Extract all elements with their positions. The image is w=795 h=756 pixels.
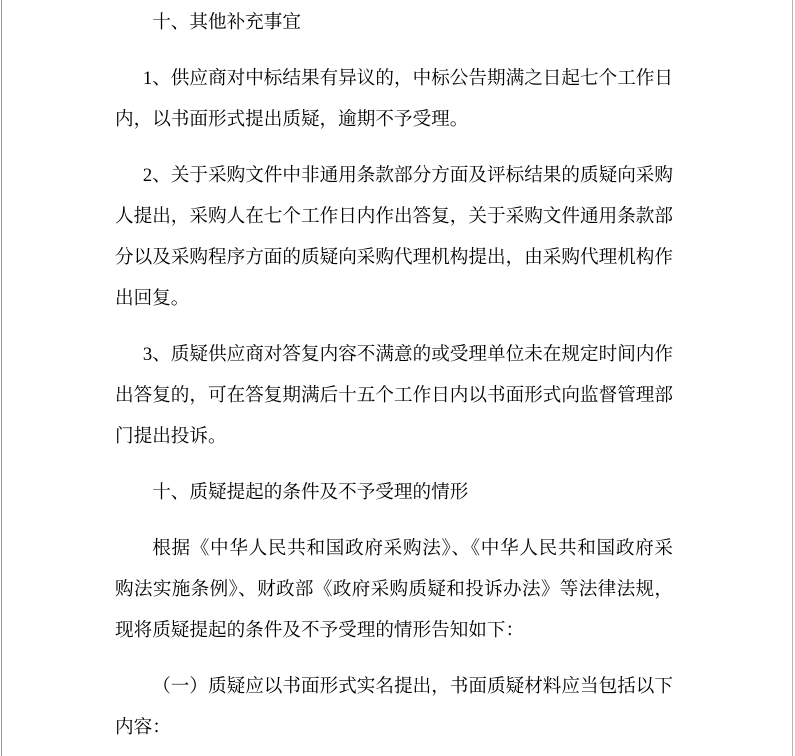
page-edge-left: [1, 0, 2, 756]
text-line: 根据《中华人民共和国政府采购法》、《中华人民共和国政府采: [115, 528, 673, 569]
document-body: 十、其他补充事宜1、供应商对中标结果有异议的，中标公告期满之日起七个工作日内，以…: [115, 2, 673, 756]
page-edge-right: [792, 0, 793, 756]
text-line: 2、关于采购文件中非通用条款部分方面及评标结果的质疑向采购: [115, 155, 673, 196]
text-line: 现将质疑提起的条件及不予受理的情形告知如下：: [115, 610, 673, 651]
paragraph-legal-basis: 根据《中华人民共和国政府采购法》、《中华人民共和国政府采购法实施条例》、财政部《…: [115, 528, 673, 651]
text-line: 人提出，采购人在七个工作日内作出答复，关于采购文件通用条款部: [115, 196, 673, 237]
paragraph-item-one: （一）质疑应以书面形式实名提出，书面质疑材料应当包括以下内容：: [115, 666, 673, 748]
text-line: 1、供应商对中标结果有异议的，中标公告期满之日起七个工作日: [115, 58, 673, 99]
paragraph-3: 3、质疑供应商对答复内容不满意的或受理单位未在规定时间内作出答复的，可在答复期满…: [115, 334, 673, 457]
section-heading-challenge-conditions: 十、质疑提起的条件及不予受理的情形: [115, 472, 673, 513]
text-line: 购法实施条例》、财政部《政府采购质疑和投诉办法》等法律法规，: [115, 569, 673, 610]
text-line: 门提出投诉。: [115, 416, 673, 457]
text-line: 十、其他补充事宜: [115, 2, 673, 43]
text-line: 十、质疑提起的条件及不予受理的情形: [115, 472, 673, 513]
text-line: 出回复。: [115, 278, 673, 319]
paragraph-2: 2、关于采购文件中非通用条款部分方面及评标结果的质疑向采购人提出，采购人在七个工…: [115, 155, 673, 319]
text-line: 内，以书面形式提出质疑，逾期不予受理。: [115, 99, 673, 140]
section-heading-other-matters: 十、其他补充事宜: [115, 2, 673, 43]
paragraph-1: 1、供应商对中标结果有异议的，中标公告期满之日起七个工作日内，以书面形式提出质疑…: [115, 58, 673, 140]
text-line: 3、质疑供应商对答复内容不满意的或受理单位未在规定时间内作: [115, 334, 673, 375]
text-line: 内容：: [115, 707, 673, 748]
text-line: （一）质疑应以书面形式实名提出，书面质疑材料应当包括以下: [115, 666, 673, 707]
text-line: 分以及采购程序方面的质疑向采购代理机构提出，由采购代理机构作: [115, 237, 673, 278]
text-line: 出答复的，可在答复期满后十五个工作日内以书面形式向监督管理部: [115, 375, 673, 416]
document-page: { "page": { "background_color": "#ffffff…: [0, 0, 795, 756]
